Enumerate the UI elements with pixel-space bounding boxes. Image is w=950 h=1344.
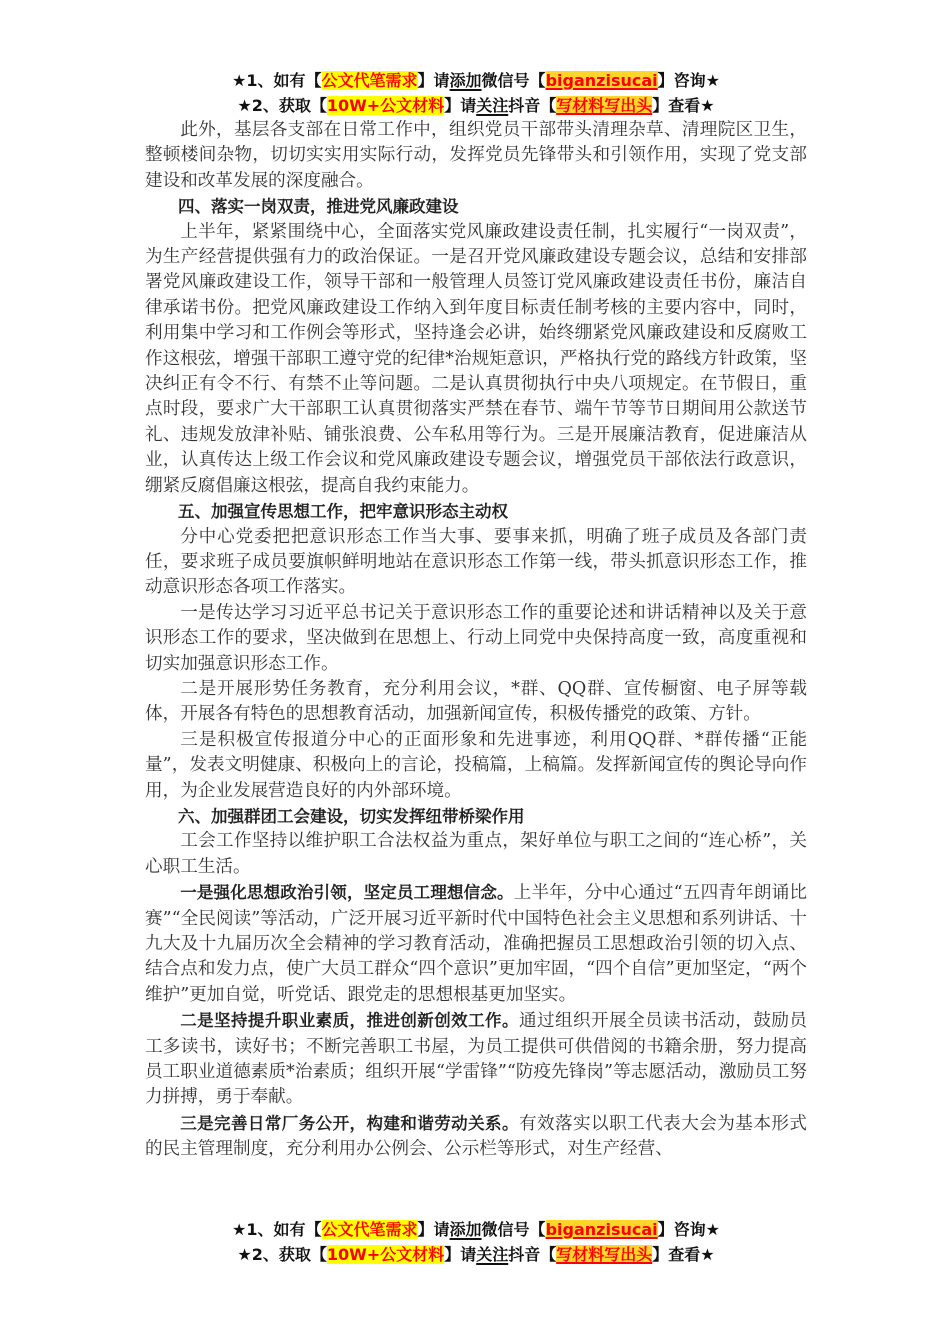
lead-sentence: 二是坚持提升职业素质，推进创新创效工作。	[180, 1011, 519, 1030]
banner-text: 微信号【	[482, 1220, 546, 1239]
promo-line-2: ★2、获取【10W+公文材料】请关注抖音【写材料写出头】查看★	[145, 93, 807, 118]
paragraph-with-lead: 三是完善日常厂务公开，构建和谐劳动关系。有效落实以职工代表大会为基本形式的民主管…	[145, 1111, 807, 1163]
section-heading-4: 四、落实一岗双责，推进党风廉政建设	[145, 194, 807, 219]
paragraph-with-lead: 一是强化思想政治引领，坚定员工理想信念。上半年，分中心通过“五四青年朗诵比赛”“…	[145, 880, 807, 1008]
banner-text: 】咨询★	[658, 71, 720, 90]
banner-text: ★1、如有【	[232, 1220, 321, 1239]
section-heading-5: 五、加强宣传思想工作，把牢意识形态主动权	[145, 499, 807, 524]
document-body: 此外，基层各支部在日常工作中，组织党员干部带头清理杂草、清理院区卫生，整顿楼间杂…	[145, 118, 807, 1163]
paragraph: 此外，基层各支部在日常工作中，组织党员干部带头清理杂草、清理院区卫生，整顿楼间杂…	[145, 118, 807, 194]
promo-banner-bottom: ★1、如有【公文代笔需求】请添加微信号【biganzisucai】咨询★ ★2、…	[145, 1217, 807, 1267]
underlined-follow: 关注	[476, 1245, 508, 1264]
lead-sentence: 三是完善日常厂务公开，构建和谐劳动关系。	[180, 1114, 519, 1133]
paragraph: 工会工作坚持以维护职工合法权益为重点，架好单位与职工之间的“连心桥”，关心职工生…	[145, 829, 807, 880]
underlined-follow: 关注	[476, 96, 508, 115]
wechat-id-link[interactable]: biganzisucai	[546, 1220, 658, 1239]
highlight-materials: 10W+公文材料	[327, 1245, 444, 1264]
banner-text: 】请	[418, 71, 450, 90]
banner-text: 】咨询★	[658, 1220, 720, 1239]
promo-line-1: ★1、如有【公文代笔需求】请添加微信号【biganzisucai】咨询★	[145, 68, 807, 93]
underlined-add: 添加	[450, 1220, 482, 1239]
banner-text: 抖音【	[508, 1245, 556, 1264]
paragraph: 三是积极宣传报道分中心的正面形象和先进事迹，利用QQ群、*群传播“正能量”，发表…	[145, 728, 807, 804]
lead-sentence: 一是强化思想政治引领，坚定员工理想信念。	[180, 883, 514, 902]
wechat-id-link[interactable]: biganzisucai	[546, 71, 658, 90]
banner-text: ★2、获取【	[237, 96, 326, 115]
banner-text: 】请	[444, 96, 476, 115]
document-page: ★1、如有【公文代笔需求】请添加微信号【biganzisucai】咨询★ ★2、…	[145, 68, 807, 1163]
banner-text: 微信号【	[482, 71, 546, 90]
banner-text: 抖音【	[508, 96, 556, 115]
douyin-account-link[interactable]: 写材料写出头	[556, 1245, 652, 1264]
banner-text: 】请	[444, 1245, 476, 1264]
section-heading-6: 六、加强群团工会建设，切实发挥纽带桥梁作用	[145, 804, 807, 829]
banner-text: ★2、获取【	[237, 1245, 326, 1264]
highlight-service: 公文代笔需求	[322, 1220, 418, 1239]
promo-banner-top: ★1、如有【公文代笔需求】请添加微信号【biganzisucai】咨询★ ★2、…	[145, 68, 807, 118]
highlight-service: 公文代笔需求	[322, 71, 418, 90]
underlined-add: 添加	[450, 71, 482, 90]
promo-line-1: ★1、如有【公文代笔需求】请添加微信号【biganzisucai】咨询★	[145, 1217, 807, 1242]
banner-text: 】请	[418, 1220, 450, 1239]
douyin-account-link[interactable]: 写材料写出头	[556, 96, 652, 115]
banner-text: 】查看★	[652, 1245, 714, 1264]
highlight-materials: 10W+公文材料	[327, 96, 444, 115]
paragraph-with-lead: 二是坚持提升职业素质，推进创新创效工作。通过组织开展全员读书活动，鼓励员工多读书…	[145, 1008, 807, 1111]
promo-line-2: ★2、获取【10W+公文材料】请关注抖音【写材料写出头】查看★	[145, 1242, 807, 1267]
paragraph: 分中心党委把把意识形态工作当大事、要事来抓，明确了班子成员及各部门责任，要求班子…	[145, 525, 807, 601]
paragraph: 一是传达学习习近平总书记关于意识形态工作的重要论述和讲话精神以及关于意识形态工作…	[145, 601, 807, 677]
paragraph: 上半年，紧紧围绕中心，全面落实党风廉政建设责任制，扎实履行“一岗双责”，为生产经…	[145, 220, 807, 499]
banner-text: 】查看★	[652, 96, 714, 115]
paragraph: 二是开展形势任务教育，充分利用会议，*群、QQ群、宣传橱窗、电子屏等载体，开展各…	[145, 677, 807, 728]
banner-text: ★1、如有【	[232, 71, 321, 90]
